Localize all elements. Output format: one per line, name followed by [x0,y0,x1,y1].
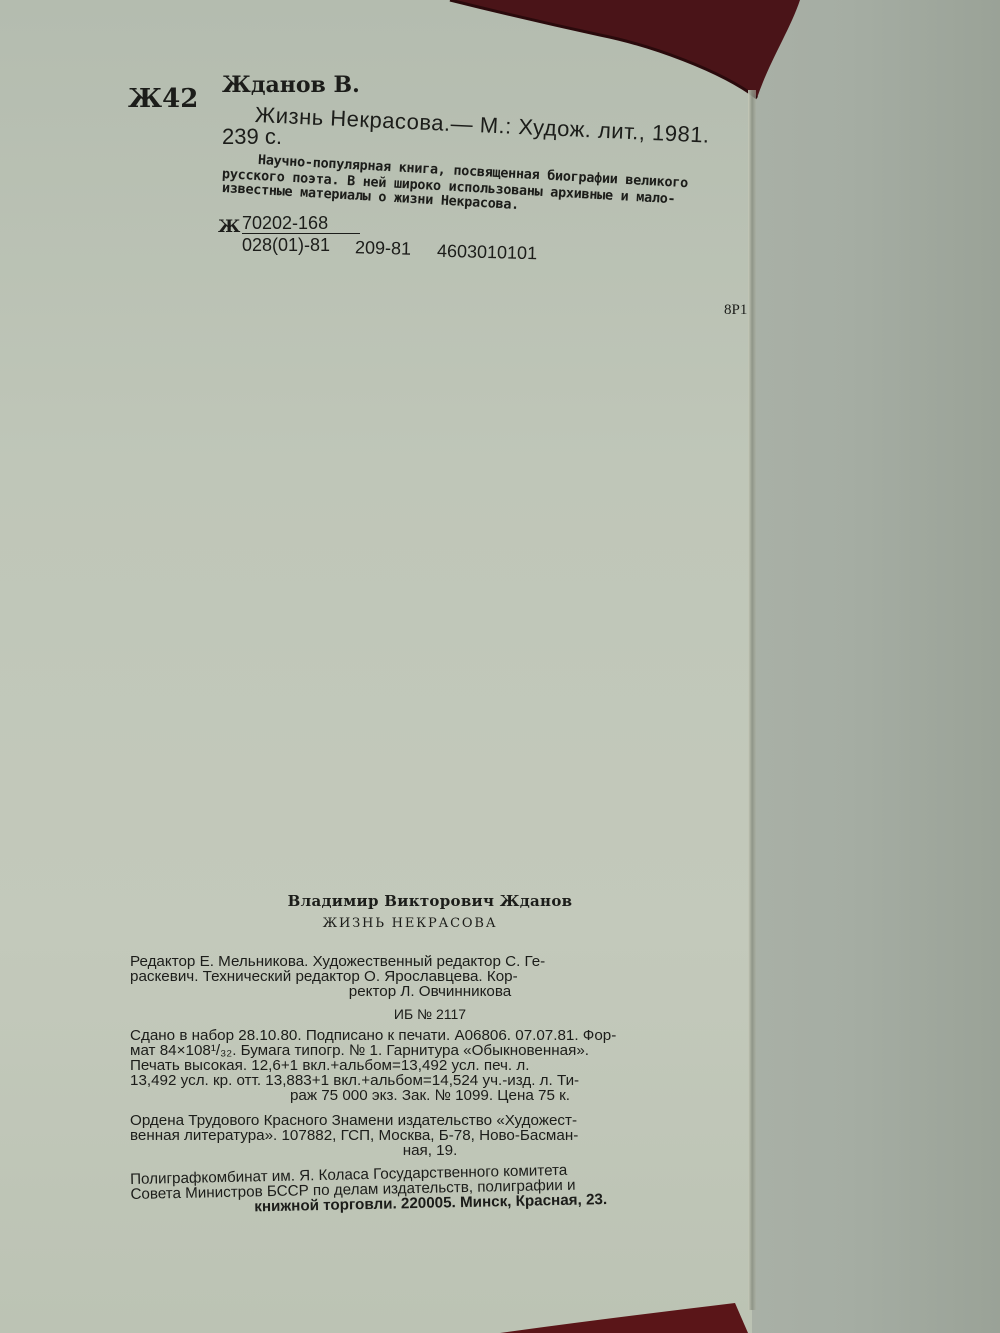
page-count: 239 с. [222,124,282,150]
index-letter: Ж [218,217,240,237]
print-data-line: мат 84×108¹/₃₂. Бумага типогр. № 1. Гарн… [130,1043,730,1058]
publisher: Ордена Трудового Красного Знамени издате… [130,1113,730,1158]
shelfmark: Ж42 [128,84,198,114]
index-denominator: 028(01)-81 [242,233,360,255]
print-data-line: раж 75 000 экз. Зак. № 1099. Цена 75 к. [130,1088,730,1103]
colophon: Владимир Викторович Жданов ЖИЗНЬ НЕКРАСО… [120,892,750,1217]
index-fraction: 70202-168 028(01)-81 [242,213,360,255]
credits-line: раскевич. Технический редактор О. Яросла… [130,969,730,984]
author: Жданов В. [222,72,360,98]
bbk-code: 8Р1 [724,302,747,319]
print-data-line: Печать высокая. 12,6+1 вкл.+альбом=13,49… [130,1058,730,1073]
print-data-line: Сдано в набор 28.10.80. Подписано к печа… [130,1028,730,1043]
print-data-line: 13,492 усл. кр. отт. 13,883+1 вкл.+альбо… [130,1073,730,1088]
credits-line: Редактор Е. Мельникова. Художественный р… [130,954,730,969]
publisher-line: венная литература». 107882, ГСП, Москва,… [130,1128,730,1143]
index-code-2: 209-81 [355,237,412,259]
credits: Редактор Е. Мельникова. Художественный р… [130,954,730,999]
author-full-name: Владимир Викторович Жданов [150,892,710,916]
index-numerator: 70202-168 [242,213,360,233]
ib-number: ИБ № 2117 [130,1006,730,1028]
publisher-line: ная, 19. [130,1143,730,1158]
publisher-line: Ордена Трудового Красного Знамени издате… [130,1113,730,1128]
credits-line: ректор Л. Овчинникова [130,984,730,999]
printer: Полиграфкомбинат им. Я. Коласа Государст… [130,1159,731,1217]
right-page [750,0,1000,1333]
print-data: Сдано в набор 28.10.80. Подписано к печа… [130,1028,730,1103]
book-title: ЖИЗНЬ НЕКРАСОВА [140,916,680,954]
index-code-3: 4603010101 [437,241,538,265]
